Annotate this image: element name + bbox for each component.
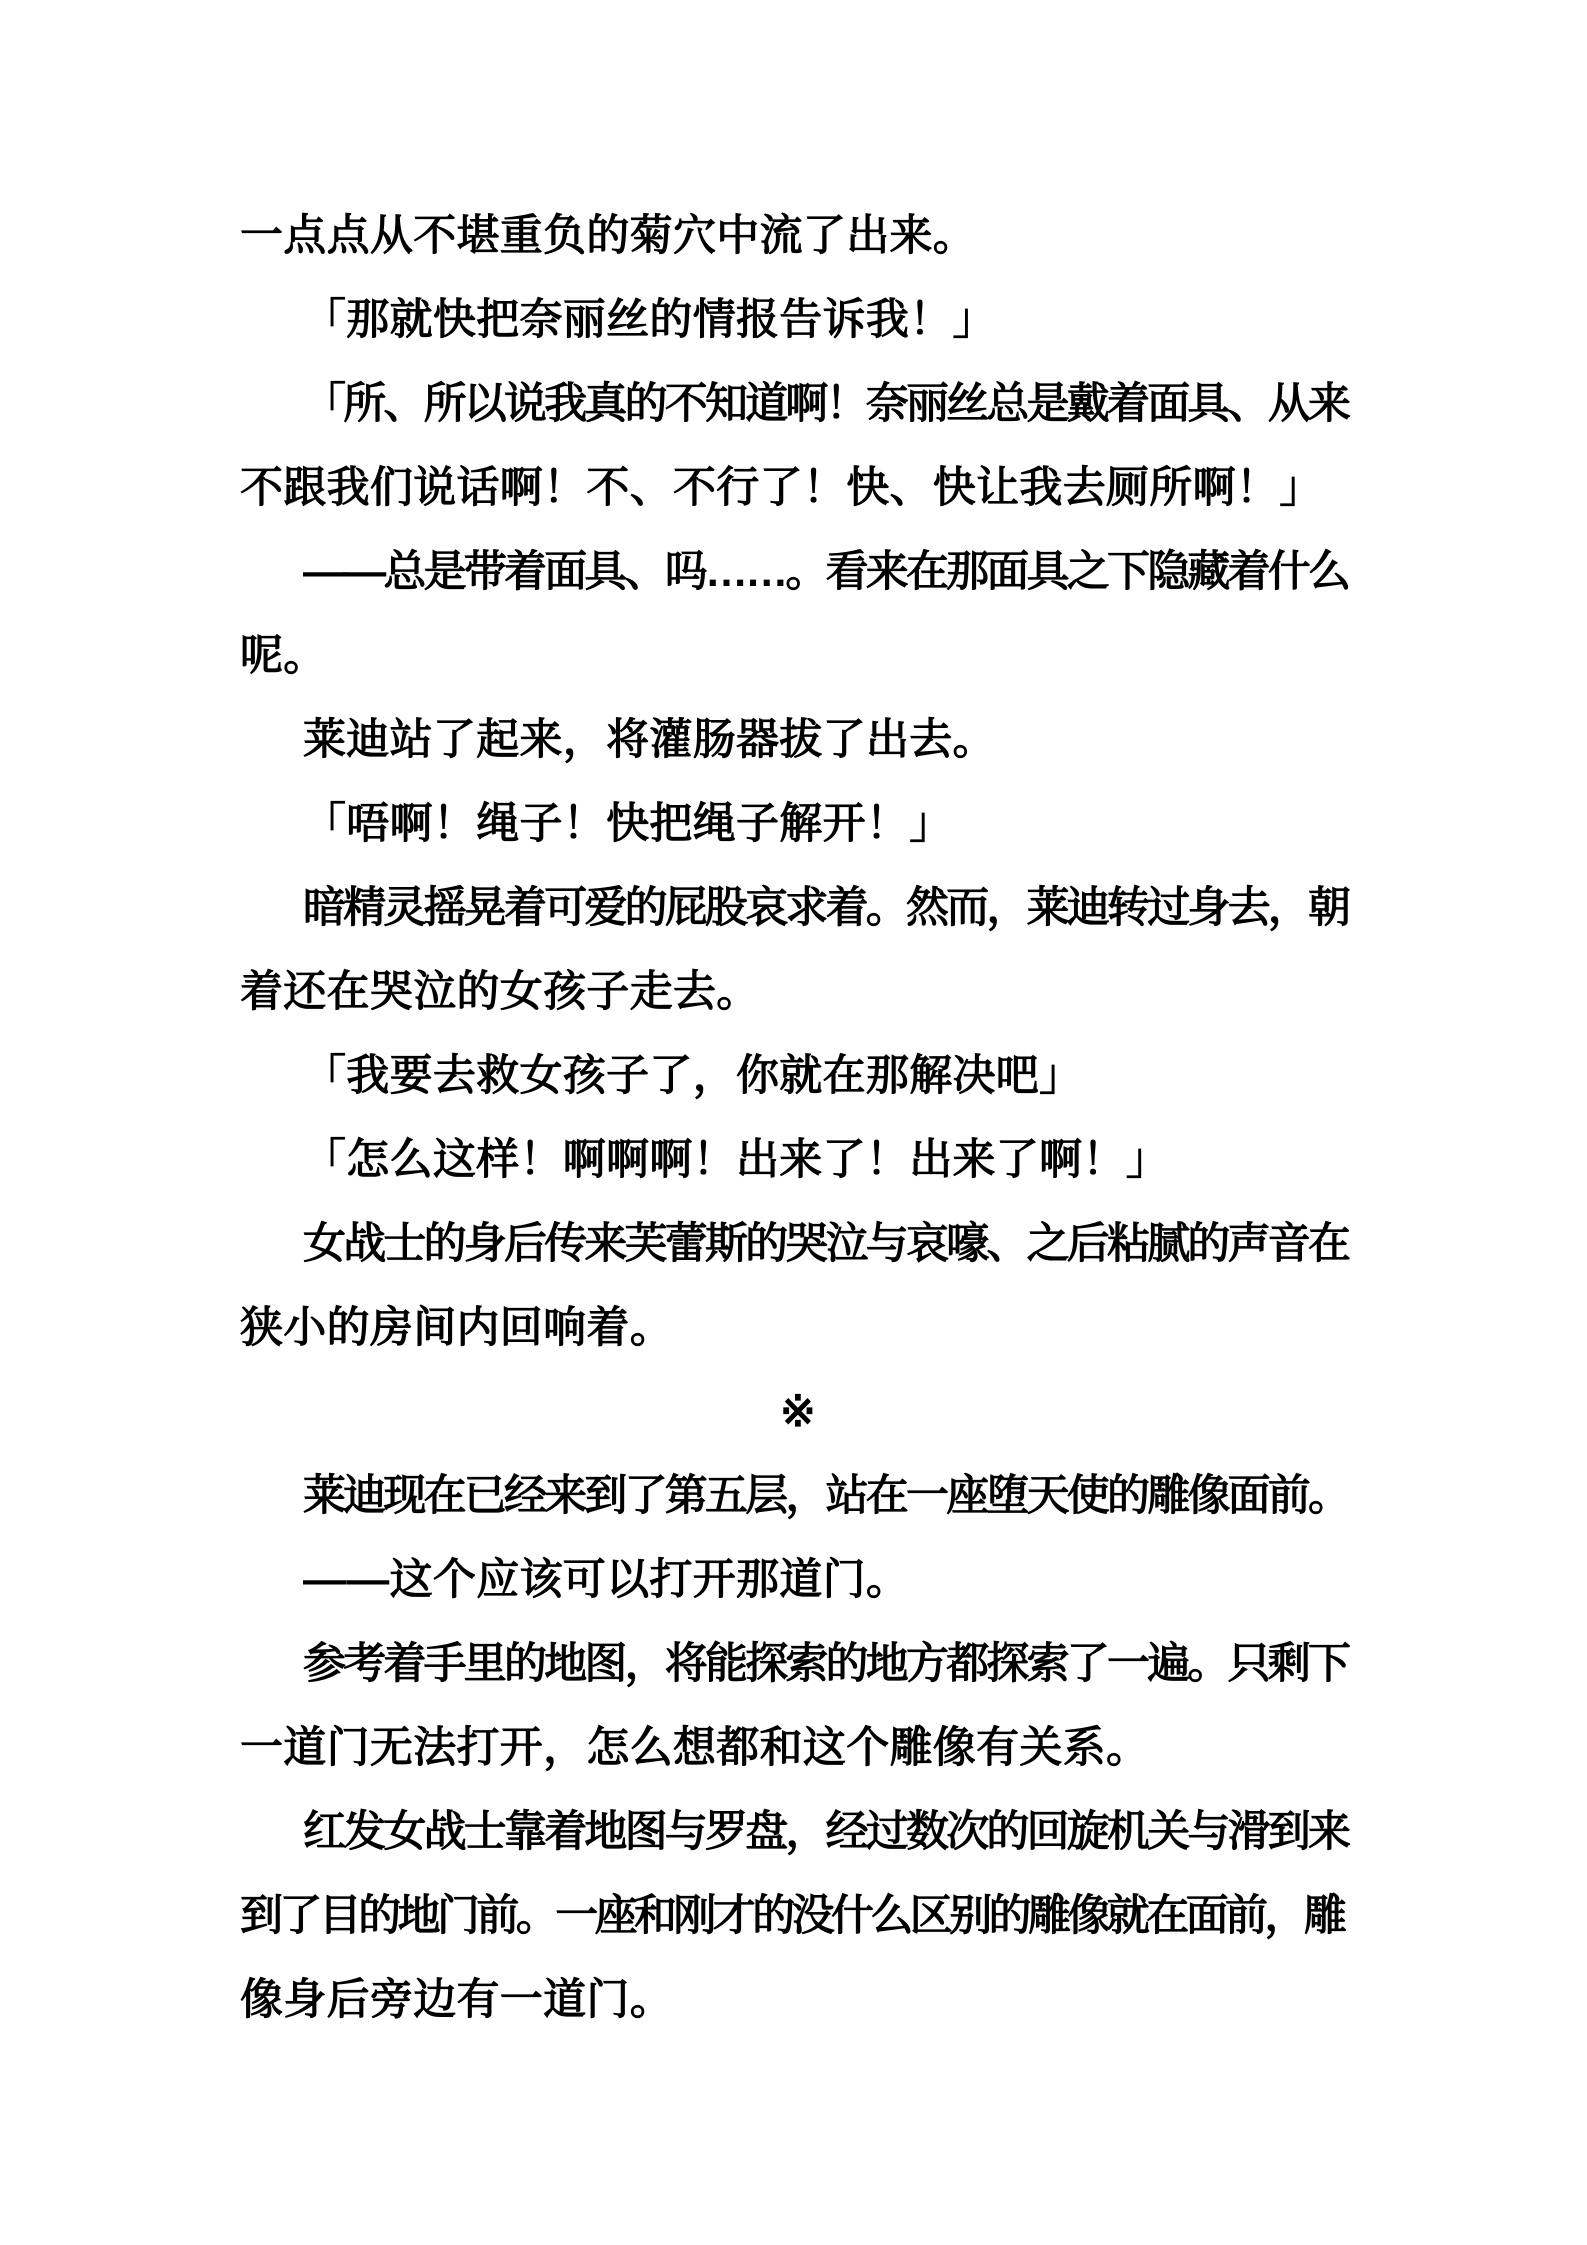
- text-line: 像身后旁边有一道门。: [240, 1958, 1356, 2042]
- text-column: 一点点从不堪重负的菊穴中流了出来。 「那就快把奈丽丝的情报告诉我！」 「所、所以…: [240, 194, 1356, 2042]
- text-line: ——总是带着面具、吗……。看来在那面具之下隐藏着什么: [240, 530, 1356, 614]
- text-line: 女战士的身后传来芙蕾斯的哭泣与哀嚎、之后粘腻的声音在: [240, 1202, 1356, 1286]
- text-line: 着还在哭泣的女孩子走去。: [240, 950, 1356, 1034]
- text-line: 参考着手里的地图，将能探索的地方都探索了一遍。只剩下: [240, 1622, 1356, 1706]
- text-line: 「唔啊！绳子！快把绳子解开！」: [240, 782, 1356, 866]
- text-line: 莱迪现在已经来到了第五层，站在一座堕天使的雕像面前。: [240, 1454, 1356, 1538]
- text-line: 一道门无法打开，怎么想都和这个雕像有关系。: [240, 1706, 1356, 1790]
- page: 一点点从不堪重负的菊穴中流了出来。 「那就快把奈丽丝的情报告诉我！」 「所、所以…: [0, 0, 1587, 2245]
- text-line: 「那就快把奈丽丝的情报告诉我！」: [240, 278, 1356, 362]
- text-line: 呢。: [240, 614, 1356, 698]
- text-line: 红发女战士靠着地图与罗盘，经过数次的回旋机关与滑到来: [240, 1790, 1356, 1874]
- text-line: ——这个应该可以打开那道门。: [240, 1538, 1356, 1622]
- text-line: 暗精灵摇晃着可爱的屁股哀求着。然而，莱迪转过身去，朝: [240, 866, 1356, 950]
- section-separator: ※: [240, 1370, 1356, 1454]
- text-line: 莱迪站了起来，将灌肠器拔了出去。: [240, 698, 1356, 782]
- text-line: 「所、所以说我真的不知道啊！奈丽丝总是戴着面具、从来: [240, 362, 1356, 446]
- text-line: 一点点从不堪重负的菊穴中流了出来。: [240, 194, 1356, 278]
- text-line: 不跟我们说话啊！不、不行了！快、快让我去厕所啊！」: [240, 446, 1356, 530]
- text-line: 到了目的地门前。一座和刚才的没什么区别的雕像就在面前，雕: [240, 1874, 1356, 1958]
- text-line: 狭小的房间内回响着。: [240, 1286, 1356, 1370]
- text-line: 「怎么这样！啊啊啊！出来了！出来了啊！」: [240, 1118, 1356, 1202]
- text-line: 「我要去救女孩子了，你就在那解决吧」: [240, 1034, 1356, 1118]
